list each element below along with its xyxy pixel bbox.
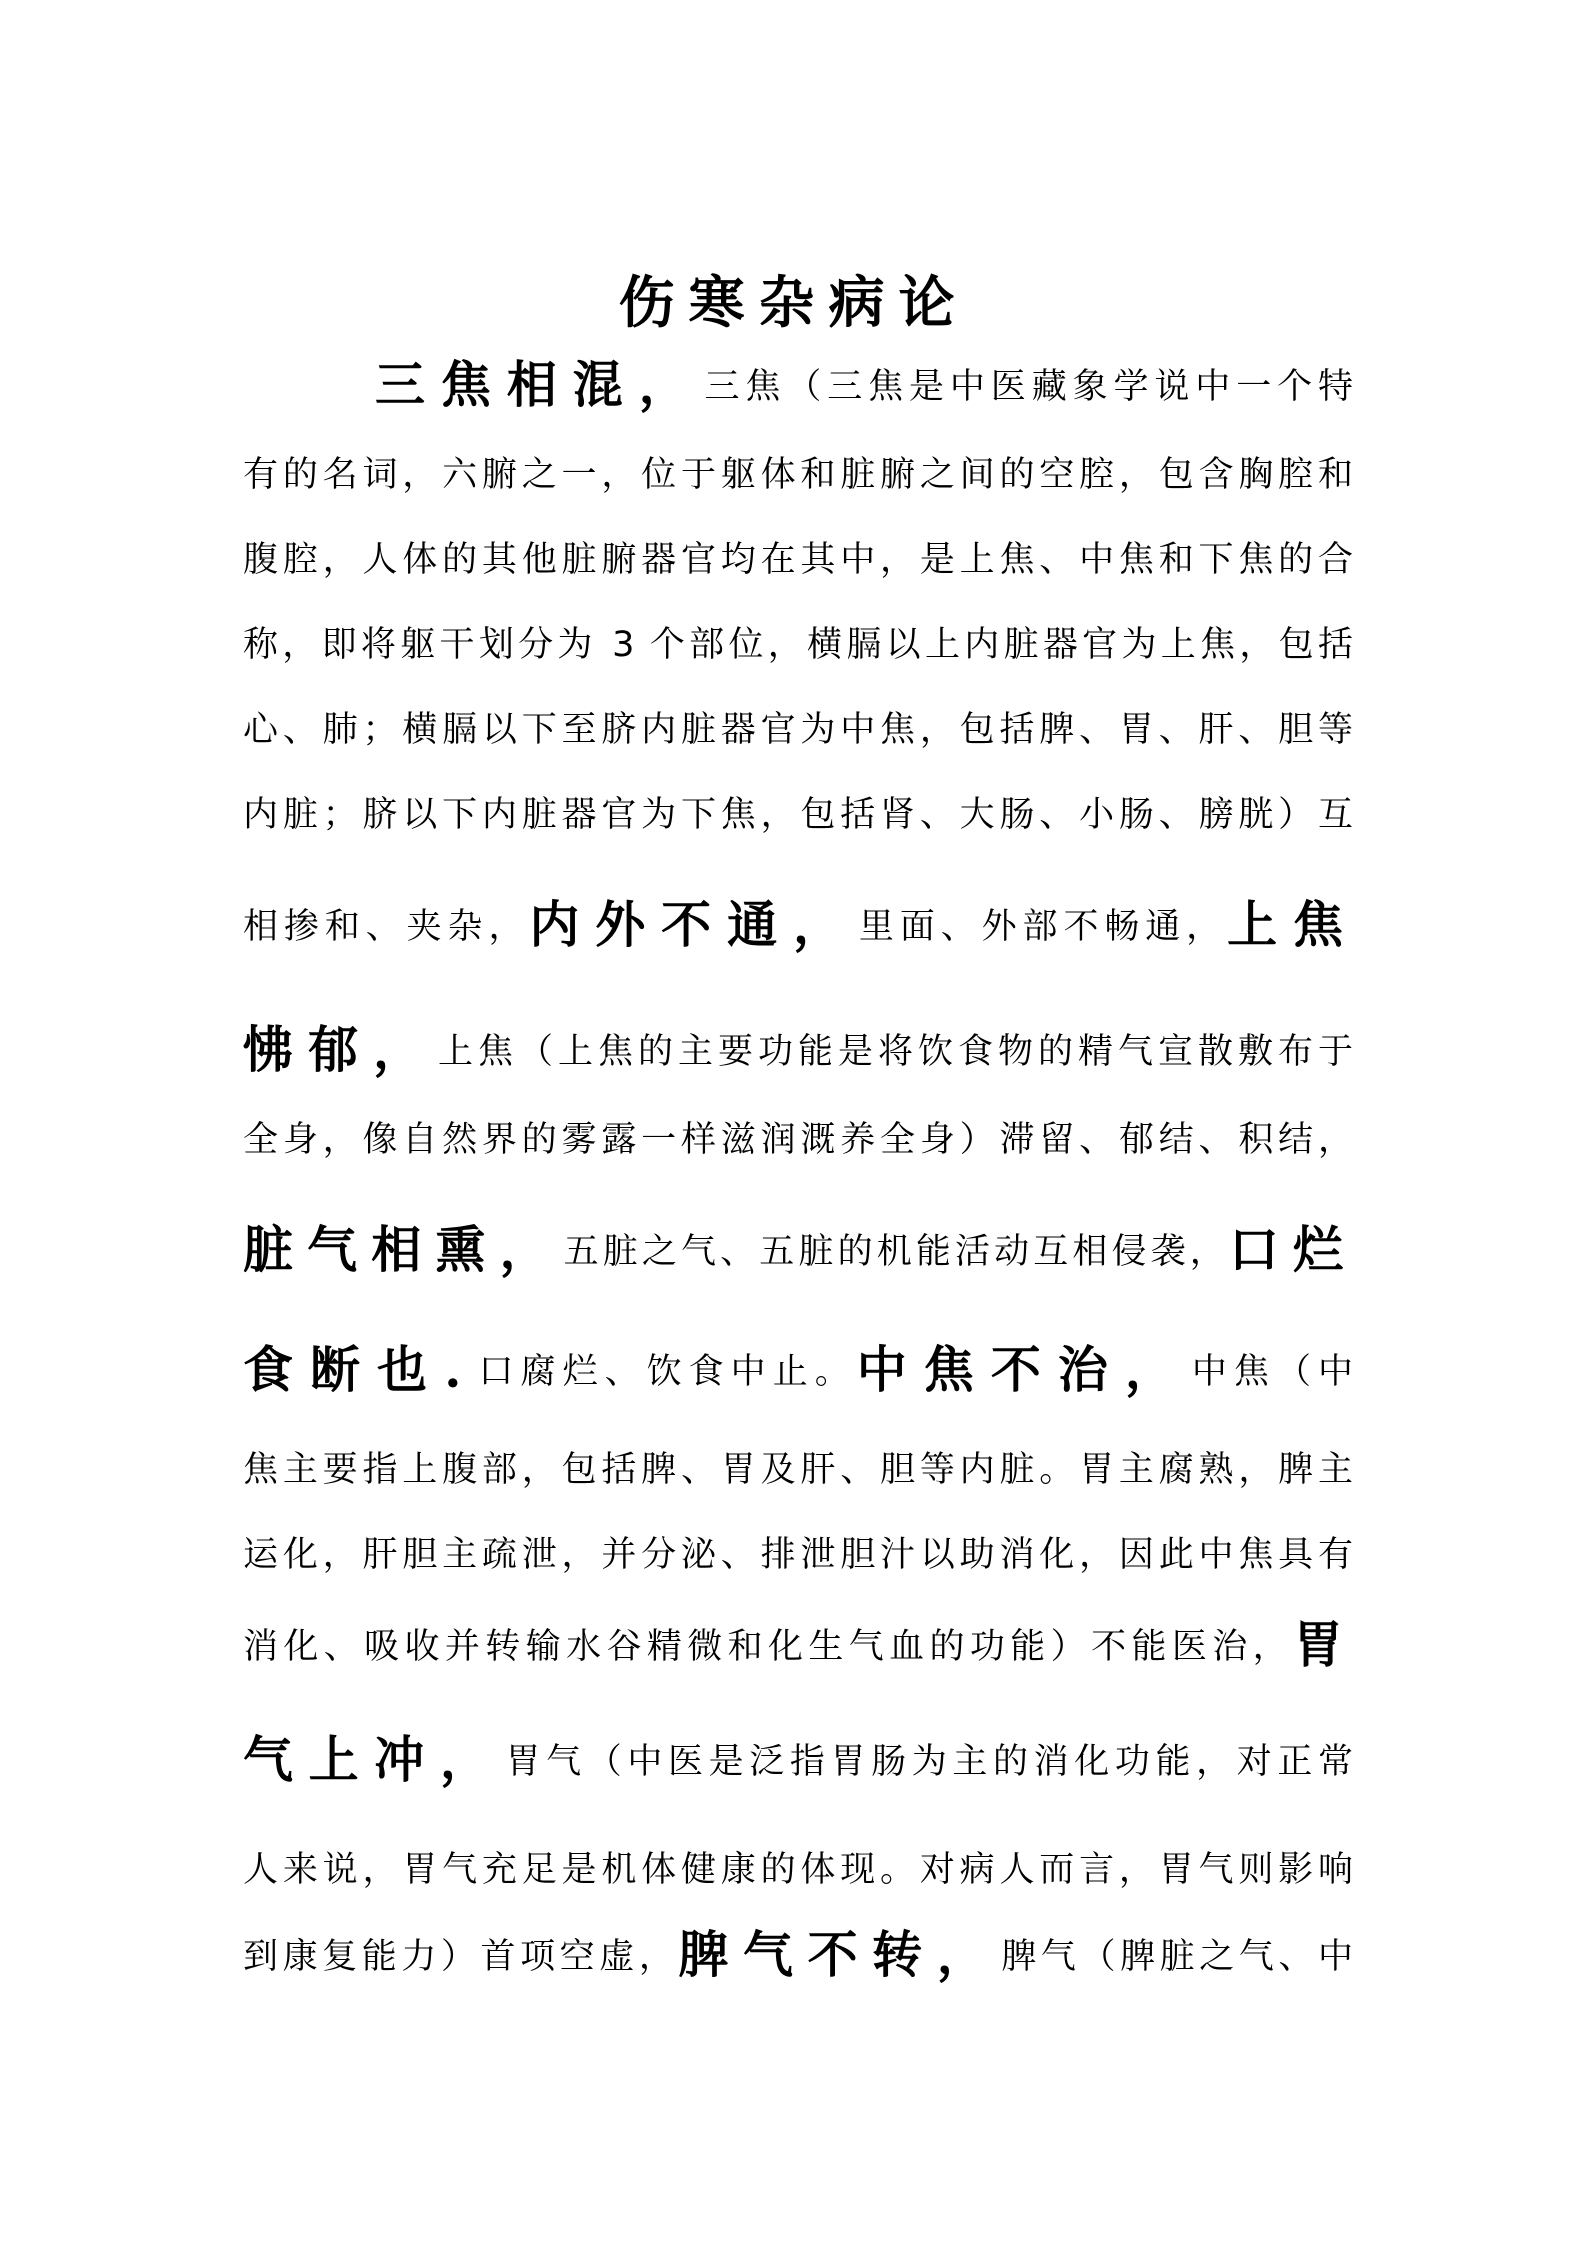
text-line-7: 相掺和、夹杂，内外不通，里面、外部不畅通，上焦 — [243, 895, 1353, 955]
explanation-text: 有的名词，六腑之一，位于躯体和脏腑之间的空腔，包含胸腔和 — [243, 455, 1353, 495]
explanation-text: 胃气（中医是泛指胃肠为主的消化功能，对正常 — [506, 1742, 1354, 1782]
explanation-text: 上焦（上焦的主要功能是将饮食物的精气宣散敷布于 — [438, 1032, 1353, 1072]
document-page: 伤寒杂病论 三焦相混，三焦（三焦是中医藏象学说中一个特 有的名词，六腑之一，位于… — [0, 0, 1587, 2245]
keyword-phrase: 三焦相混， — [375, 355, 705, 414]
keyword-phrase: 胃 — [1293, 1615, 1353, 1674]
text-line-8: 怫郁，上焦（上焦的主要功能是将饮食物的精气宣散敷布于 — [243, 1020, 1353, 1080]
keyword-phrase: 内外不通， — [529, 895, 859, 954]
explanation-text: 内脏；脐以下内脏器官为下焦，包括肾、大肠、小肠、膀胱）互 — [243, 795, 1353, 835]
explanation-text: 相掺和、夹杂， — [243, 907, 529, 947]
text-line-14: 消化、吸收并转输水谷精微和化生气血的功能）不能医治，胃 — [243, 1615, 1353, 1675]
explanation-text: 到康复能力）首项空虚， — [243, 1937, 678, 1977]
text-line-2: 有的名词，六腑之一，位于躯体和脏腑之间的空腔，包含胸腔和 — [243, 445, 1353, 505]
explanation-text: 全身，像自然界的雾露一样滋润溉养全身）滞留、郁结、积结， — [243, 1120, 1353, 1160]
explanation-text: 三焦（三焦是中医藏象学说中一个特 — [705, 367, 1354, 407]
keyword-phrase: 食断也. — [243, 1340, 472, 1399]
text-line-1: 三焦相混，三焦（三焦是中医藏象学说中一个特 — [375, 355, 1353, 415]
explanation-text: 消化、吸收并转输水谷精微和化生气血的功能）不能医治， — [243, 1627, 1293, 1667]
text-line-3: 腹腔，人体的其他脏腑器官均在其中，是上焦、中焦和下焦的合 — [243, 530, 1353, 590]
text-line-4: 称，即将躯干划分为 3 个部位，横膈以上内脏器官为上焦，包括 — [243, 615, 1353, 675]
text-line-6: 内脏；脐以下内脏器官为下焦，包括肾、大肠、小肠、膀胱）互 — [243, 785, 1353, 845]
text-line-11: 食断也.口腐烂、饮食中止。中焦不治，中焦（中 — [243, 1340, 1353, 1400]
text-line-16: 人来说，胃气充足是机体健康的体现。对病人而言，胃气则影响 — [243, 1840, 1353, 1900]
explanation-text: 口腐烂、饮食中止。 — [472, 1352, 857, 1392]
text-line-15: 气上冲，胃气（中医是泛指胃肠为主的消化功能，对正常 — [243, 1730, 1353, 1790]
text-line-10: 脏气相熏，五脏之气、五脏的机能活动互相侵袭，口烂 — [243, 1220, 1353, 1280]
keyword-phrase: 脾气不转， — [678, 1925, 1001, 1984]
text-line-9: 全身，像自然界的雾露一样滋润溉养全身）滞留、郁结、积结， — [243, 1110, 1353, 1170]
explanation-text: 腹腔，人体的其他脏腑器官均在其中，是上焦、中焦和下焦的合 — [243, 540, 1353, 580]
text-line-13: 运化，肝胆主疏泄，并分泌、排泄胆汁以助消化，因此中焦具有 — [243, 1525, 1353, 1585]
explanation-text: 焦主要指上腹部，包括脾、胃及肝、胆等内脏。胃主腐熟，脾主 — [243, 1450, 1353, 1490]
explanation-text: 里面、外部不畅通， — [859, 907, 1227, 947]
keyword-phrase: 上焦 — [1227, 895, 1353, 954]
text-line-5: 心、肺；横膈以下至脐内脏器官为中焦，包括脾、胃、肝、胆等 — [243, 700, 1353, 760]
explanation-text: 称，即将躯干划分为 3 个部位，横膈以上内脏器官为上焦，包括 — [243, 625, 1353, 665]
keyword-phrase: 中焦不治， — [857, 1340, 1192, 1399]
explanation-text: 心、肺；横膈以下至脐内脏器官为中焦，包括脾、胃、肝、胆等 — [243, 710, 1353, 750]
explanation-text: 运化，肝胆主疏泄，并分泌、排泄胆汁以助消化，因此中焦具有 — [243, 1535, 1353, 1575]
text-line-12: 焦主要指上腹部，包括脾、胃及肝、胆等内脏。胃主腐熟，脾主 — [243, 1440, 1353, 1500]
explanation-text: 脾气（脾脏之气、中 — [1001, 1937, 1353, 1977]
explanation-text: 中焦（中 — [1192, 1352, 1353, 1392]
keyword-phrase: 气上冲， — [243, 1730, 506, 1789]
keyword-phrase: 口烂 — [1229, 1220, 1353, 1279]
explanation-text: 人来说，胃气充足是机体健康的体现。对病人而言，胃气则影响 — [243, 1850, 1353, 1890]
document-title: 伤寒杂病论 — [0, 263, 1587, 343]
keyword-phrase: 脏气相熏， — [243, 1220, 564, 1279]
text-line-17: 到康复能力）首项空虚，脾气不转，脾气（脾脏之气、中 — [243, 1925, 1353, 1985]
keyword-phrase: 怫郁， — [243, 1020, 438, 1079]
explanation-text: 五脏之气、五脏的机能活动互相侵袭， — [564, 1232, 1229, 1272]
